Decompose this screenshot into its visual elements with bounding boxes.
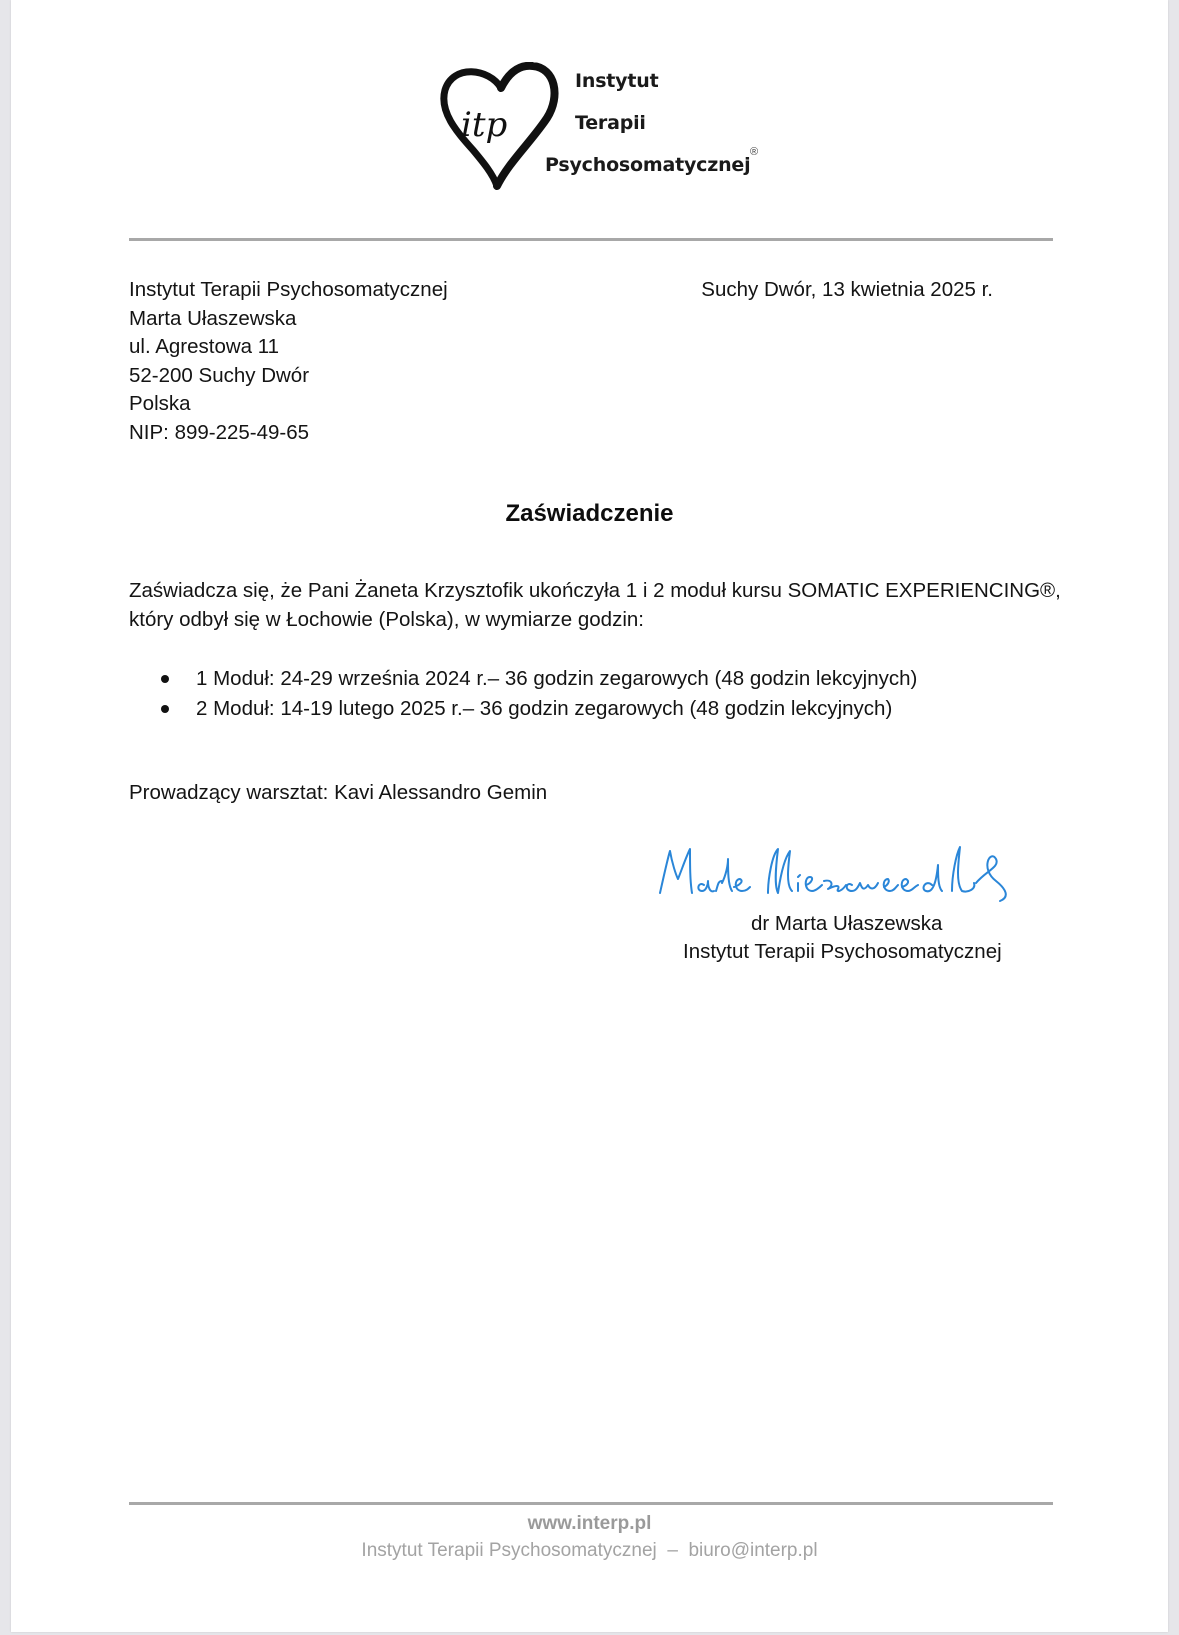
module-list: 1 Moduł: 24-29 września 2024 r.– 36 godz…	[161, 664, 917, 724]
logo-line-3: Psychosomatycznej	[545, 154, 750, 176]
module-list-item: 2 Moduł: 14-19 lutego 2025 r.– 36 godzin…	[161, 694, 917, 724]
svg-text:itp: itp	[461, 105, 507, 145]
bullet-icon	[161, 705, 169, 713]
institute-logo: itp Instytut Terapii Psychosomatycznej ®	[439, 62, 769, 197]
registered-mark: ®	[750, 146, 758, 158]
document-title: Zaświadczenie	[11, 500, 1168, 528]
footer-divider	[129, 1502, 1053, 1505]
document-page: itp Instytut Terapii Psychosomatycznej ®…	[11, 0, 1168, 1632]
module-text: 1 Moduł: 24-29 września 2024 r.– 36 godz…	[196, 665, 917, 694]
module-text: 2 Moduł: 14-19 lutego 2025 r.– 36 godzin…	[196, 695, 892, 724]
footer-website[interactable]: www.interp.pl	[11, 1513, 1168, 1535]
bullet-icon	[161, 675, 169, 683]
address-line: NIP: 899-225-49-65	[129, 419, 448, 448]
address-line: Marta Ułaszewska	[129, 305, 448, 334]
certificate-paragraph: Zaświadcza się, że Pani Żaneta Krzysztof…	[129, 577, 1061, 634]
handwritten-signature	[656, 835, 1046, 905]
logo-line-2: Terapii	[575, 112, 646, 134]
header-divider	[129, 238, 1053, 241]
address-line: Instytut Terapii Psychosomatycznej	[129, 276, 448, 305]
workshop-leader: Prowadzący warsztat: Kavi Alessandro Gem…	[129, 779, 547, 808]
signatory-institution: Instytut Terapii Psychosomatycznej	[683, 938, 1002, 967]
date-place: Suchy Dwór, 13 kwietnia 2025 r.	[701, 276, 993, 305]
address-line: 52-200 Suchy Dwór	[129, 362, 448, 391]
signatory-name: dr Marta Ułaszewska	[751, 910, 942, 939]
address-line: Polska	[129, 390, 448, 419]
paragraph-line: Zaświadcza się, że Pani Żaneta Krzysztof…	[129, 577, 1061, 606]
sender-address: Instytut Terapii Psychosomatycznej Marta…	[129, 276, 448, 447]
signature-icon	[656, 835, 1046, 905]
paragraph-line: który odbył się w Łochowie (Polska), w w…	[129, 606, 1061, 635]
module-list-item: 1 Moduł: 24-29 września 2024 r.– 36 godz…	[161, 664, 917, 694]
address-line: ul. Agrestowa 11	[129, 333, 448, 362]
logo-line-1: Instytut	[575, 70, 658, 92]
footer-contact: Instytut Terapii Psychosomatycznej – biu…	[11, 1540, 1168, 1562]
